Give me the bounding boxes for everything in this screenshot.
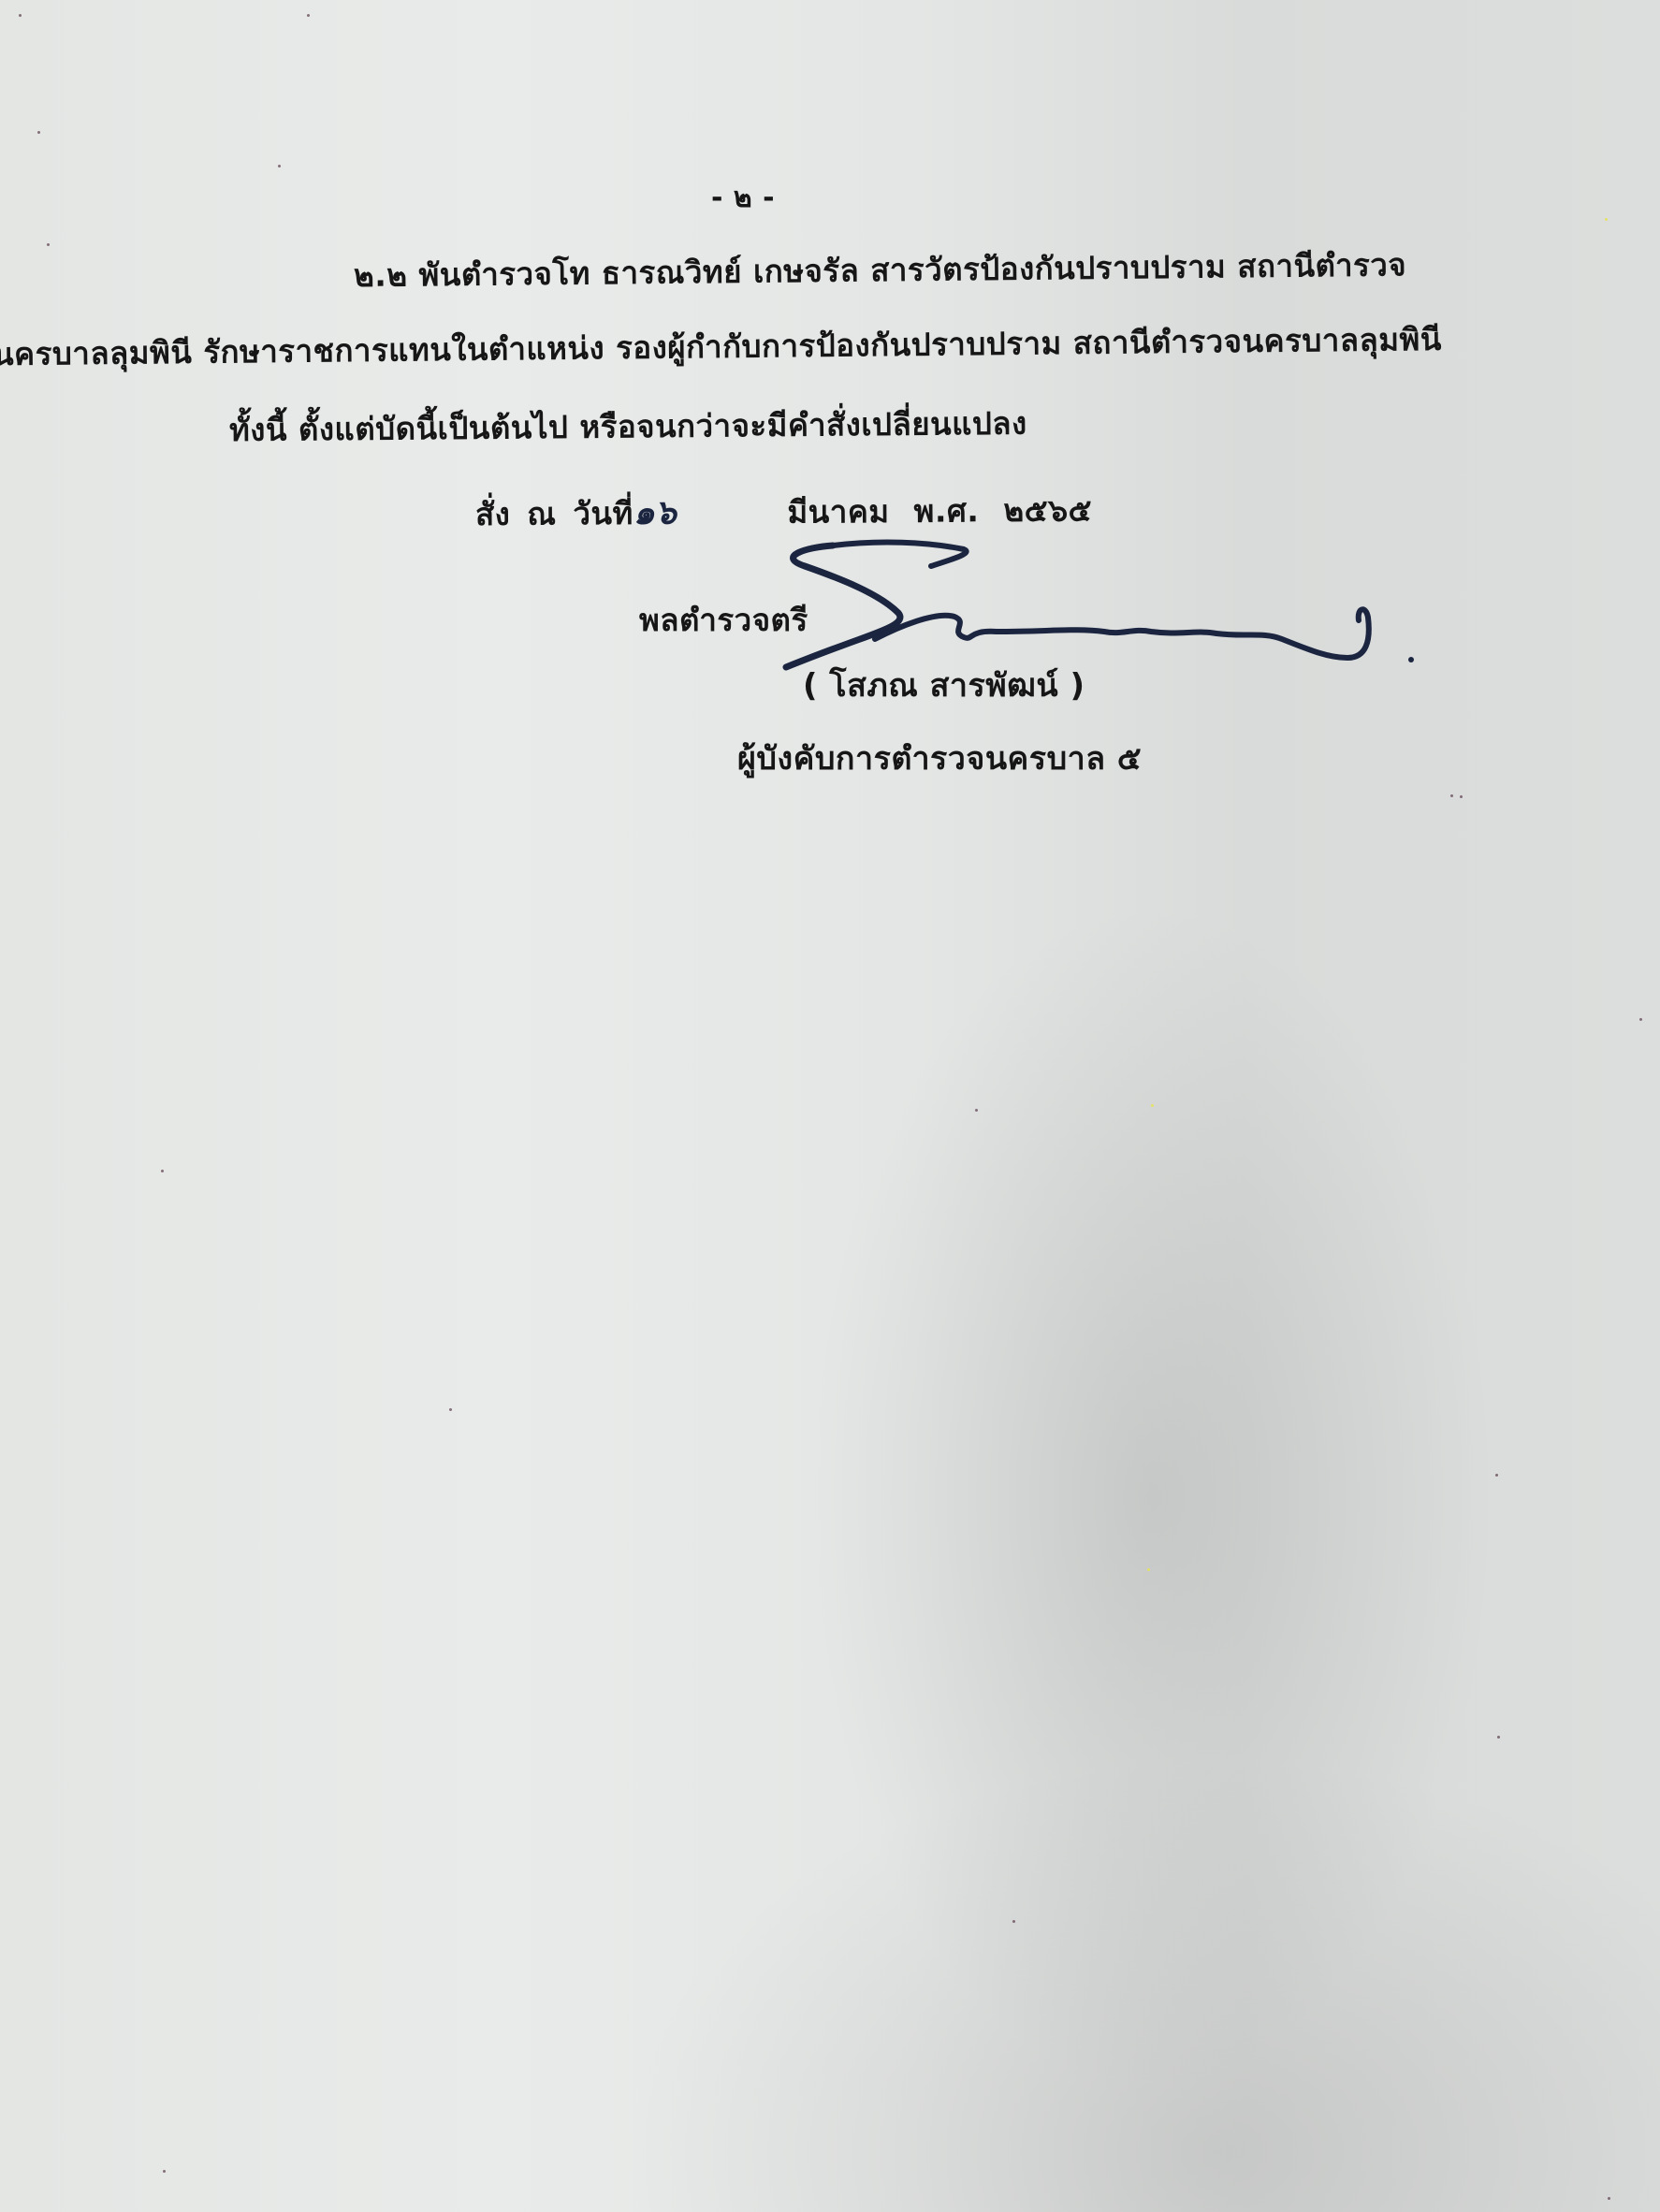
paper-speck	[163, 2170, 166, 2173]
signatory-position: ผู้บังคับการตำรวจนครบาล ๕	[737, 733, 1142, 783]
paper-speck	[37, 131, 40, 134]
order-date-year: ๒๕๖๕	[1003, 491, 1092, 529]
order-paragraph-line-3: ทั้งนี้ ตั้งแต่บัดนี้เป็นต้นไป หรือจนกว่…	[229, 399, 1027, 455]
order-date-prefix: สั่ง	[475, 496, 511, 532]
paper-speck	[1497, 1736, 1500, 1739]
paper-speck	[1460, 795, 1463, 798]
paper-speck	[1608, 2197, 1610, 2200]
order-date-month: มีนาคม	[787, 493, 889, 531]
paper-speck	[449, 1408, 452, 1411]
signatory-name: ( โสภณ สารพัฒน์ )	[803, 660, 1085, 710]
paper-speck	[1012, 1920, 1015, 1923]
order-date-at: ณ	[527, 495, 556, 531]
paper-speck	[975, 1109, 978, 1112]
paper-speck	[19, 14, 22, 17]
paper-speck	[278, 165, 281, 167]
handwritten-signature	[767, 538, 1478, 678]
paper-speck	[307, 14, 310, 17]
paper-speck	[161, 1170, 164, 1172]
paper-speck	[1639, 1018, 1642, 1021]
order-date-line: สั่งณวันที่๑๖มีนาคมพ.ศ.๒๕๖๕	[475, 482, 1092, 540]
paper-speck	[1495, 1474, 1498, 1477]
paper-speck	[1605, 218, 1608, 221]
paper-speck	[1450, 794, 1453, 797]
page-number: - ๒ -	[711, 176, 775, 220]
order-date-day-label: วันที่	[573, 495, 633, 531]
paper-speck	[1151, 1104, 1154, 1107]
order-date-day-handwritten: ๑๖	[633, 492, 677, 531]
order-date-era: พ.ศ.	[913, 492, 979, 529]
paper-speck	[1147, 1568, 1150, 1571]
paper-speck	[47, 243, 50, 246]
